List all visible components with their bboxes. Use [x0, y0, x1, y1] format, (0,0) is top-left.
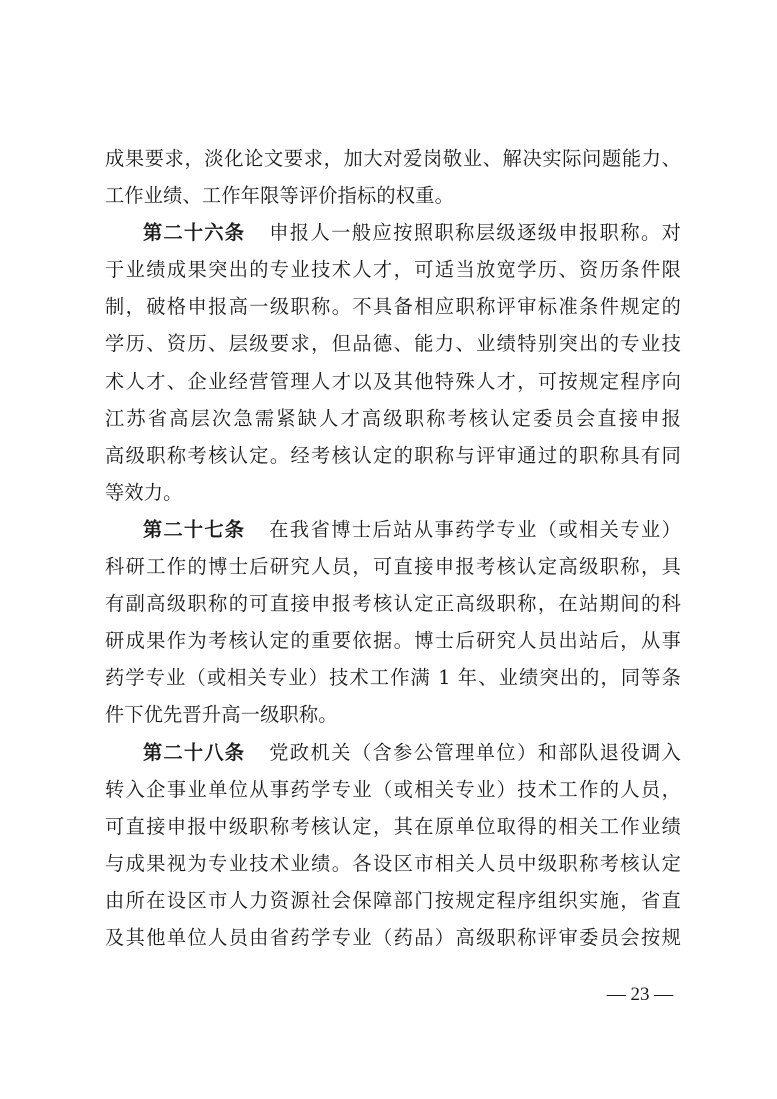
text-line: 由所在设区市人力资源社会保障部门按规定程序组织实施，省直 [105, 882, 681, 919]
text-line: 科研工作的博士后研究人员，可直接申报考核认定高级职称，具 [105, 548, 681, 585]
text-line: 制，破格申报高一级职称。不具备相应职称评审标准条件规定的 [105, 288, 681, 325]
article-27: 第二十七条在我省博士后站从事药学专业（或相关专业） 科研工作的博士后研究人员，可… [105, 511, 681, 734]
article-heading: 第二十八条 [143, 741, 245, 764]
text-line: 药学专业（或相关专业）技术工作满 1 年、业绩突出的，同等条 [105, 659, 681, 696]
text-line: 有副高级职称的可直接申报考核认定正高级职称，在站期间的科 [105, 585, 681, 622]
text-line: 及其他单位人员由省药学专业（药品）高级职称评审委员会按规 [105, 919, 681, 956]
article-heading: 第二十六条 [143, 221, 245, 244]
text-line: 第二十七条在我省博士后站从事药学专业（或相关专业） [105, 511, 681, 548]
text-line: 研成果作为考核认定的重要依据。博士后研究人员出站后，从事 [105, 622, 681, 659]
text-line: 件下优先晋升高一级职称。 [105, 696, 681, 733]
document-page: 成果要求，淡化论文要求，加大对爱岗敬业、解决实际问题能力、 工作业绩、工作年限等… [105, 140, 681, 956]
text-line: 高级职称考核认定。经考核认定的职称与评审通过的职称具有同 [105, 437, 681, 474]
article-heading: 第二十七条 [143, 518, 245, 541]
text-span: 党政机关（含参公管理单位）和部队退役调入 [269, 741, 681, 764]
text-line: 术人才、企业经营管理人才以及其他特殊人才，可按规定程序向 [105, 363, 681, 400]
page-number: — 23 — [600, 980, 680, 1010]
text-line: 第二十八条党政机关（含参公管理单位）和部队退役调入 [105, 734, 681, 771]
text-line: 第二十六条申报人一般应按照职称层级逐级申报职称。对 [105, 214, 681, 251]
text-span: 申报人一般应按照职称层级逐级申报职称。对 [269, 221, 681, 244]
article-26: 第二十六条申报人一般应按照职称层级逐级申报职称。对 于业绩成果突出的专业技术人才… [105, 214, 681, 511]
text-line: 与成果视为专业技术业绩。各设区市相关人员中级职称考核认定 [105, 845, 681, 882]
text-line: 可直接申报中级职称考核认定，其在原单位取得的相关工作业绩 [105, 808, 681, 845]
text-line: 江苏省高层次急需紧缺人才高级职称考核认定委员会直接申报 [105, 400, 681, 437]
text-line: 等效力。 [105, 474, 681, 511]
text-line: 工作业绩、工作年限等评价指标的权重。 [105, 177, 681, 214]
text-line: 成果要求，淡化论文要求，加大对爱岗敬业、解决实际问题能力、 [105, 140, 681, 177]
text-line: 学历、资历、层级要求，但品德、能力、业绩特别突出的专业技 [105, 325, 681, 362]
text-span: 在我省博士后站从事药学专业（或相关专业） [269, 518, 681, 541]
paragraph-continuation: 成果要求，淡化论文要求，加大对爱岗敬业、解决实际问题能力、 工作业绩、工作年限等… [105, 140, 681, 214]
text-line: 于业绩成果突出的专业技术人才，可适当放宽学历、资历条件限 [105, 251, 681, 288]
article-28: 第二十八条党政机关（含参公管理单位）和部队退役调入 转入企事业单位从事药学专业（… [105, 734, 681, 957]
text-line: 转入企事业单位从事药学专业（或相关专业）技术工作的人员， [105, 771, 681, 808]
